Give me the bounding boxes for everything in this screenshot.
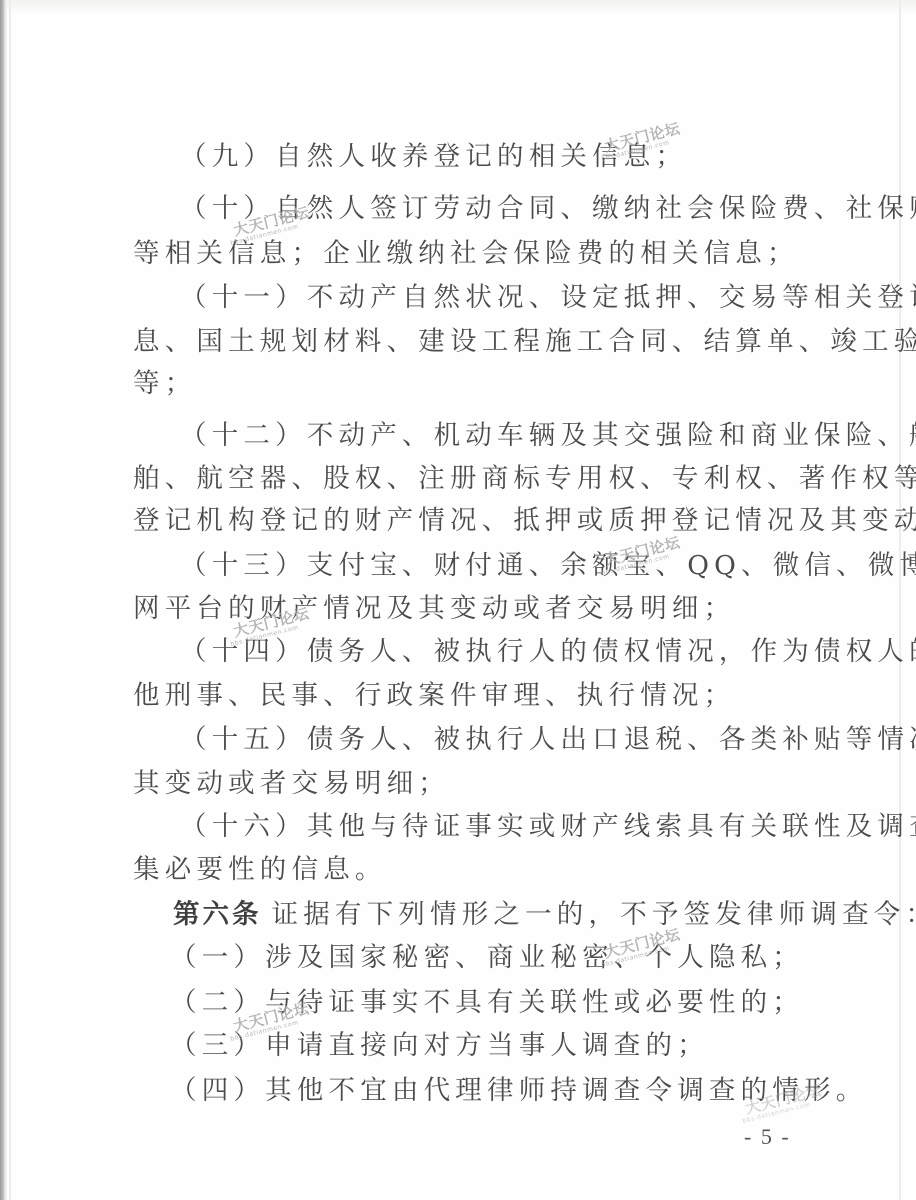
page-right-edge	[899, 0, 901, 1200]
item-15-line-1: （十五）债务人、被执行人出口退税、各类补贴等情况及	[180, 725, 916, 755]
item-11-line-1: （十一）不动产自然状况、设定抵押、交易等相关登记信	[180, 283, 916, 313]
item-12-line-3: 登记机构登记的财产情况、抵押或质押登记情况及其变动；	[133, 506, 916, 536]
item-12-line-2: 舶、航空器、股权、注册商标专用权、专利权、著作权等经法定	[133, 464, 916, 494]
item-12-line-1: （十二）不动产、机动车辆及其交强险和商业保险、船	[180, 421, 916, 451]
page-number: - 5 -	[744, 1124, 791, 1150]
item-15-line-2: 其变动或者交易明细；	[133, 769, 450, 799]
item-14-line-1: （十四）债务人、被执行人的债权情况，作为债权人的其	[180, 637, 916, 667]
page-left-edge	[0, 0, 7, 1200]
item-13-line-1: （十三）支付宝、财付通、余额宝、QQ、微信、微博等互联	[180, 551, 916, 581]
item-13-line-2: 网平台的财产情况及其变动或者交易明细；	[133, 594, 735, 624]
item-14-line-2: 他刑事、民事、行政案件审理、执行情况；	[133, 681, 735, 711]
item-16-line-2: 集必要性的信息。	[133, 855, 387, 885]
article-6-heading: 第六条	[173, 899, 262, 930]
document-page: （九）自然人收养登记的相关信息； （十）自然人签订劳动合同、缴纳社会保险费、社保…	[0, 0, 916, 1200]
item-11-line-3: 等；	[133, 369, 196, 399]
article-6-item-1: （一）涉及国家秘密、商业秘密、个人隐私；	[170, 943, 804, 973]
scan-top-shade	[0, 0, 916, 14]
page-left-edge-line	[9, 0, 11, 1200]
article-6-intro: 证据有下列情形之一的，不予签发律师调查令：	[272, 899, 916, 930]
item-11-line-2: 息、国土规划材料、建设工程施工合同、结算单、竣工验收手续	[133, 327, 916, 357]
article-6-intro-line: 第六条证据有下列情形之一的，不予签发律师调查令：	[173, 900, 916, 930]
item-16-line-1: （十六）其他与待证事实或财产线索具有关联性及调查收	[180, 812, 916, 842]
